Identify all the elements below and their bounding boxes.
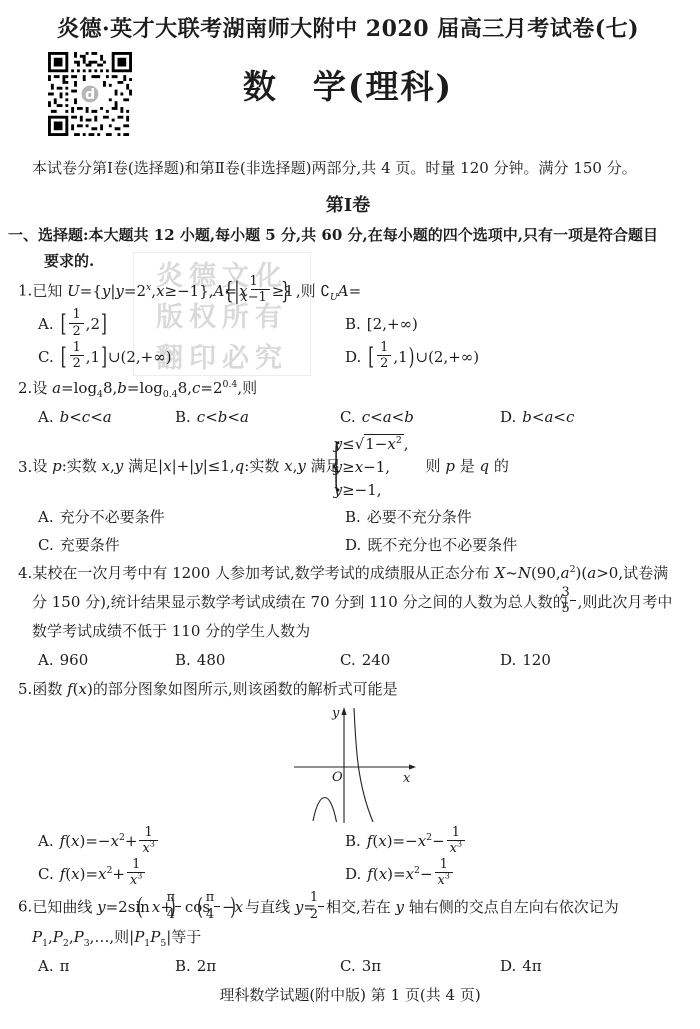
question-4-text: 某校在一次月考中有 1200 人参加考试,数学考试的成绩服从正态分布 X~N(9… — [32, 564, 672, 640]
exam-header: 炎德·英才大联考湖南师大附中 2020 届高三月考试卷(七) — [18, 12, 678, 43]
question-2-stem: 2.设 a=log48,b=log0.48,c=20.4,则 — [18, 375, 678, 402]
question-6-options-row: A.π B.2π C.3π D.4π — [18, 953, 678, 979]
question-3-stem: 3.设 p:实数 x,y 满足|x|+|y|≤1,q:实数 x,y 满足{y≤√… — [18, 433, 678, 503]
question-1-option-b: B.[2,+∞) — [345, 311, 678, 337]
question-5-options-row-1: A.f(x)=−x2+1x3 B.f(x)=−x2−1x3 — [18, 827, 678, 858]
instructions-line-2: 要求的. — [8, 248, 678, 274]
question-1-number: 1. — [18, 282, 32, 300]
question-1-option-d: D.[12,1)∪(2,+∞) — [345, 342, 678, 373]
question-5: 5.函数 f(x)的部分图象如图所示,则该函数的解析式可能是 y O x — [18, 676, 678, 891]
question-5-option-a: A.f(x)=−x2+1x3 — [38, 827, 345, 858]
question-5-stem: 5.函数 f(x)的部分图象如图所示,则该函数的解析式可能是 — [18, 676, 678, 703]
function-graph: y O x — [290, 705, 426, 825]
question-6-text: 已知曲线 y=2sin(x+π4)cos(π4−x)与直线 y=12相交,若在 … — [32, 898, 619, 946]
question-3-option-d: D.既不充分也不必要条件 — [345, 532, 678, 558]
exam-intro: 本试卷分第Ⅰ卷(选择题)和第Ⅱ卷(非选择题)两部分,共 4 页。时量 120 分… — [18, 156, 678, 182]
question-2-options-row: A.b<c<a B.c<b<a C.c<a<b D.b<a<c — [18, 404, 678, 430]
question-6-option-d: D.4π — [500, 953, 678, 979]
question-2-number: 2. — [18, 379, 32, 397]
question-2-text: 设 a=log48,b=log0.48,c=20.4,则 — [32, 379, 257, 397]
section-instructions: 一、选择题:本大题共 12 小题,每小题 5 分,共 60 分,在每小题的四个选… — [8, 222, 678, 275]
question-5-text: 函数 f(x)的部分图象如图所示,则该函数的解析式可能是 — [32, 680, 397, 698]
question-3-text: 设 p:实数 x,y 满足|x|+|y|≤1,q:实数 x,y 满足{y≤√1−… — [32, 457, 509, 475]
graph-x-label: x — [403, 771, 411, 786]
graph-origin-label: O — [332, 770, 343, 785]
question-6: 6.已知曲线 y=2sin(x+π4)cos(π4−x)与直线 y=12相交,若… — [18, 892, 678, 979]
section-title: 第Ⅰ卷 — [18, 191, 678, 217]
question-6-option-c: C.3π — [340, 953, 500, 979]
question-1-options-row-1: A.[12,2] B.[2,+∞) — [18, 309, 678, 340]
question-1: 1.已知 U={y|y=2x,x≥−1},A={x|1x−1≥1},则 ∁UA=… — [18, 276, 678, 373]
page-footer: 理科数学试题(附中版) 第 1 页(共 4 页) — [0, 984, 700, 1005]
question-1-option-c: C.[12,1]∪(2,+∞) — [38, 342, 345, 373]
subject-title: 数 学(理科) — [18, 61, 678, 108]
question-1-options-row-2: C.[12,1]∪(2,+∞) D.[12,1)∪(2,+∞) — [18, 342, 678, 373]
question-1-text: 已知 U={y|y=2x,x≥−1},A={x|1x−1≥1},则 ∁UA= — [32, 282, 361, 300]
question-3-options-row-1: A.充分不必要条件 B.必要不充分条件 — [18, 504, 678, 530]
question-5-option-d: D.f(x)=x2−1x3 — [345, 859, 678, 890]
question-4-option-b: B.480 — [175, 647, 340, 673]
question-3-option-c: C.充要条件 — [38, 532, 345, 558]
question-4-number: 4. — [18, 564, 32, 582]
question-6-option-a: A.π — [38, 953, 175, 979]
graph-y-label: y — [331, 706, 340, 721]
function-graph-svg: y O x — [290, 705, 426, 825]
question-6-number: 6. — [18, 898, 32, 916]
question-3-number: 3. — [18, 457, 32, 475]
question-5-options-row-2: C.f(x)=x2+1x3 D.f(x)=x2−1x3 — [18, 859, 678, 890]
question-2-option-a: A.b<c<a — [38, 404, 175, 430]
question-4-stem: 4.某校在一次月考中有 1200 人参加考试,数学考试的成绩服从正态分布 X~N… — [18, 560, 678, 645]
question-2: 2.设 a=log48,b=log0.48,c=20.4,则 A.b<c<a B… — [18, 375, 678, 430]
question-4-option-a: A.960 — [38, 647, 175, 673]
exam-page: 炎德·英才大联考湖南师大附中 2020 届高三月考试卷(七) 数 学(理科) 本… — [0, 0, 700, 979]
question-3: 3.设 p:实数 x,y 满足|x|+|y|≤1,q:实数 x,y 满足{y≤√… — [18, 433, 678, 558]
question-5-option-b: B.f(x)=−x2−1x3 — [345, 827, 678, 858]
question-3-options-row-2: C.充要条件 D.既不充分也不必要条件 — [18, 532, 678, 558]
question-4-options-row: A.960 B.480 C.240 D.120 — [18, 647, 678, 673]
question-5-number: 5. — [18, 680, 32, 698]
question-1-stem: 1.已知 U={y|y=2x,x≥−1},A={x|1x−1≥1},则 ∁UA= — [18, 276, 678, 307]
question-2-option-c: C.c<a<b — [340, 404, 500, 430]
question-4-option-d: D.120 — [500, 647, 678, 673]
question-6-stem: 6.已知曲线 y=2sin(x+π4)cos(π4−x)与直线 y=12相交,若… — [18, 892, 678, 950]
question-2-option-b: B.c<b<a — [175, 404, 340, 430]
question-1-option-a: A.[12,2] — [38, 309, 345, 340]
question-4-option-c: C.240 — [340, 647, 500, 673]
instructions-line-1: 一、选择题:本大题共 12 小题,每小题 5 分,共 60 分,在每小题的四个选… — [8, 226, 658, 244]
question-3-option-a: A.充分不必要条件 — [38, 504, 345, 530]
question-3-option-b: B.必要不充分条件 — [345, 504, 678, 530]
question-5-option-c: C.f(x)=x2+1x3 — [38, 859, 345, 890]
question-4: 4.某校在一次月考中有 1200 人参加考试,数学考试的成绩服从正态分布 X~N… — [18, 560, 678, 674]
question-6-option-b: B.2π — [175, 953, 340, 979]
question-2-option-d: D.b<a<c — [500, 404, 678, 430]
